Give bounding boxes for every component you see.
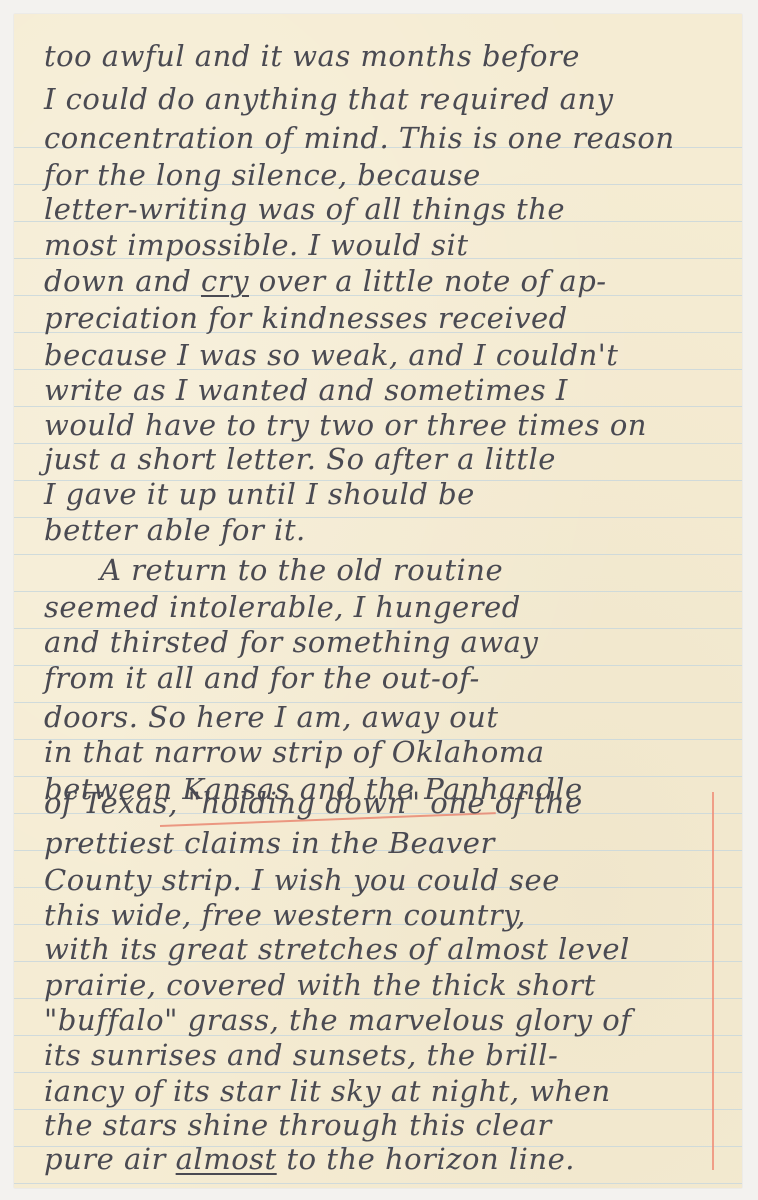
text-line: would have to try two or three times on <box>44 411 647 440</box>
text-line: write as I wanted and sometimes I <box>44 376 568 405</box>
text-line: just a short letter. So after a little <box>44 445 556 474</box>
text-line: because I was so weak, and I couldn't <box>44 341 618 370</box>
text-line: preciation for kindnesses received <box>44 304 568 333</box>
underlined-word: almost <box>176 1142 277 1176</box>
text-line: too awful and it was months before <box>44 42 580 71</box>
text-line: down and cry over a little note of ap- <box>44 267 607 296</box>
paragraph-start-line: A return to the old routine <box>100 556 503 585</box>
ruled-line <box>14 1072 742 1073</box>
text-line: better able for it. <box>44 516 306 545</box>
ruled-line <box>14 1183 742 1184</box>
text-line: in that narrow strip of Oklahoma <box>44 738 545 767</box>
text-line: of Texas, "holding down" one of the <box>44 789 583 818</box>
text-line: iancy of its star lit sky at night, when <box>44 1077 611 1106</box>
red-margin-mark <box>712 792 714 1170</box>
text-line: with its great stretches of almost level <box>44 935 630 964</box>
text-line: letter-writing was of all things the <box>44 195 565 224</box>
text-line: from it all and for the out-of- <box>44 664 480 693</box>
text-line: I could do anything that required any <box>44 85 613 114</box>
text-line: for the long silence, because <box>44 161 481 190</box>
underlined-word: cry <box>201 264 249 298</box>
text-line: doors. So here I am, away out <box>44 703 498 732</box>
text-line: prairie, covered with the thick short <box>44 971 596 1000</box>
text-segment: over a little note of ap- <box>249 264 607 298</box>
text-segment: to the horizon line. <box>277 1142 575 1176</box>
text-line: pure air almost to the horizon line. <box>44 1145 575 1174</box>
text-line: this wide, free western country, <box>44 901 526 930</box>
text-line: the stars shine through this clear <box>44 1111 552 1140</box>
text-line: most impossible. I would sit <box>44 231 469 260</box>
text-line: concentration of mind. This is one reaso… <box>44 124 675 153</box>
text-line: I gave it up until I should be <box>44 480 475 509</box>
text-line: seemed intolerable, I hungered <box>44 593 521 622</box>
text-line: prettiest claims in the Beaver <box>44 829 495 858</box>
text-line: County strip. I wish you could see <box>44 866 560 895</box>
letter-page: too awful and it was months before I cou… <box>14 14 742 1188</box>
text-line: and thirsted for something away <box>44 628 538 657</box>
text-segment: pure air <box>44 1142 176 1176</box>
text-segment: down and <box>44 264 201 298</box>
text-line: its sunrises and sunsets, the brill- <box>44 1041 558 1070</box>
text-line: "buffalo" grass, the marvelous glory of <box>44 1006 631 1035</box>
